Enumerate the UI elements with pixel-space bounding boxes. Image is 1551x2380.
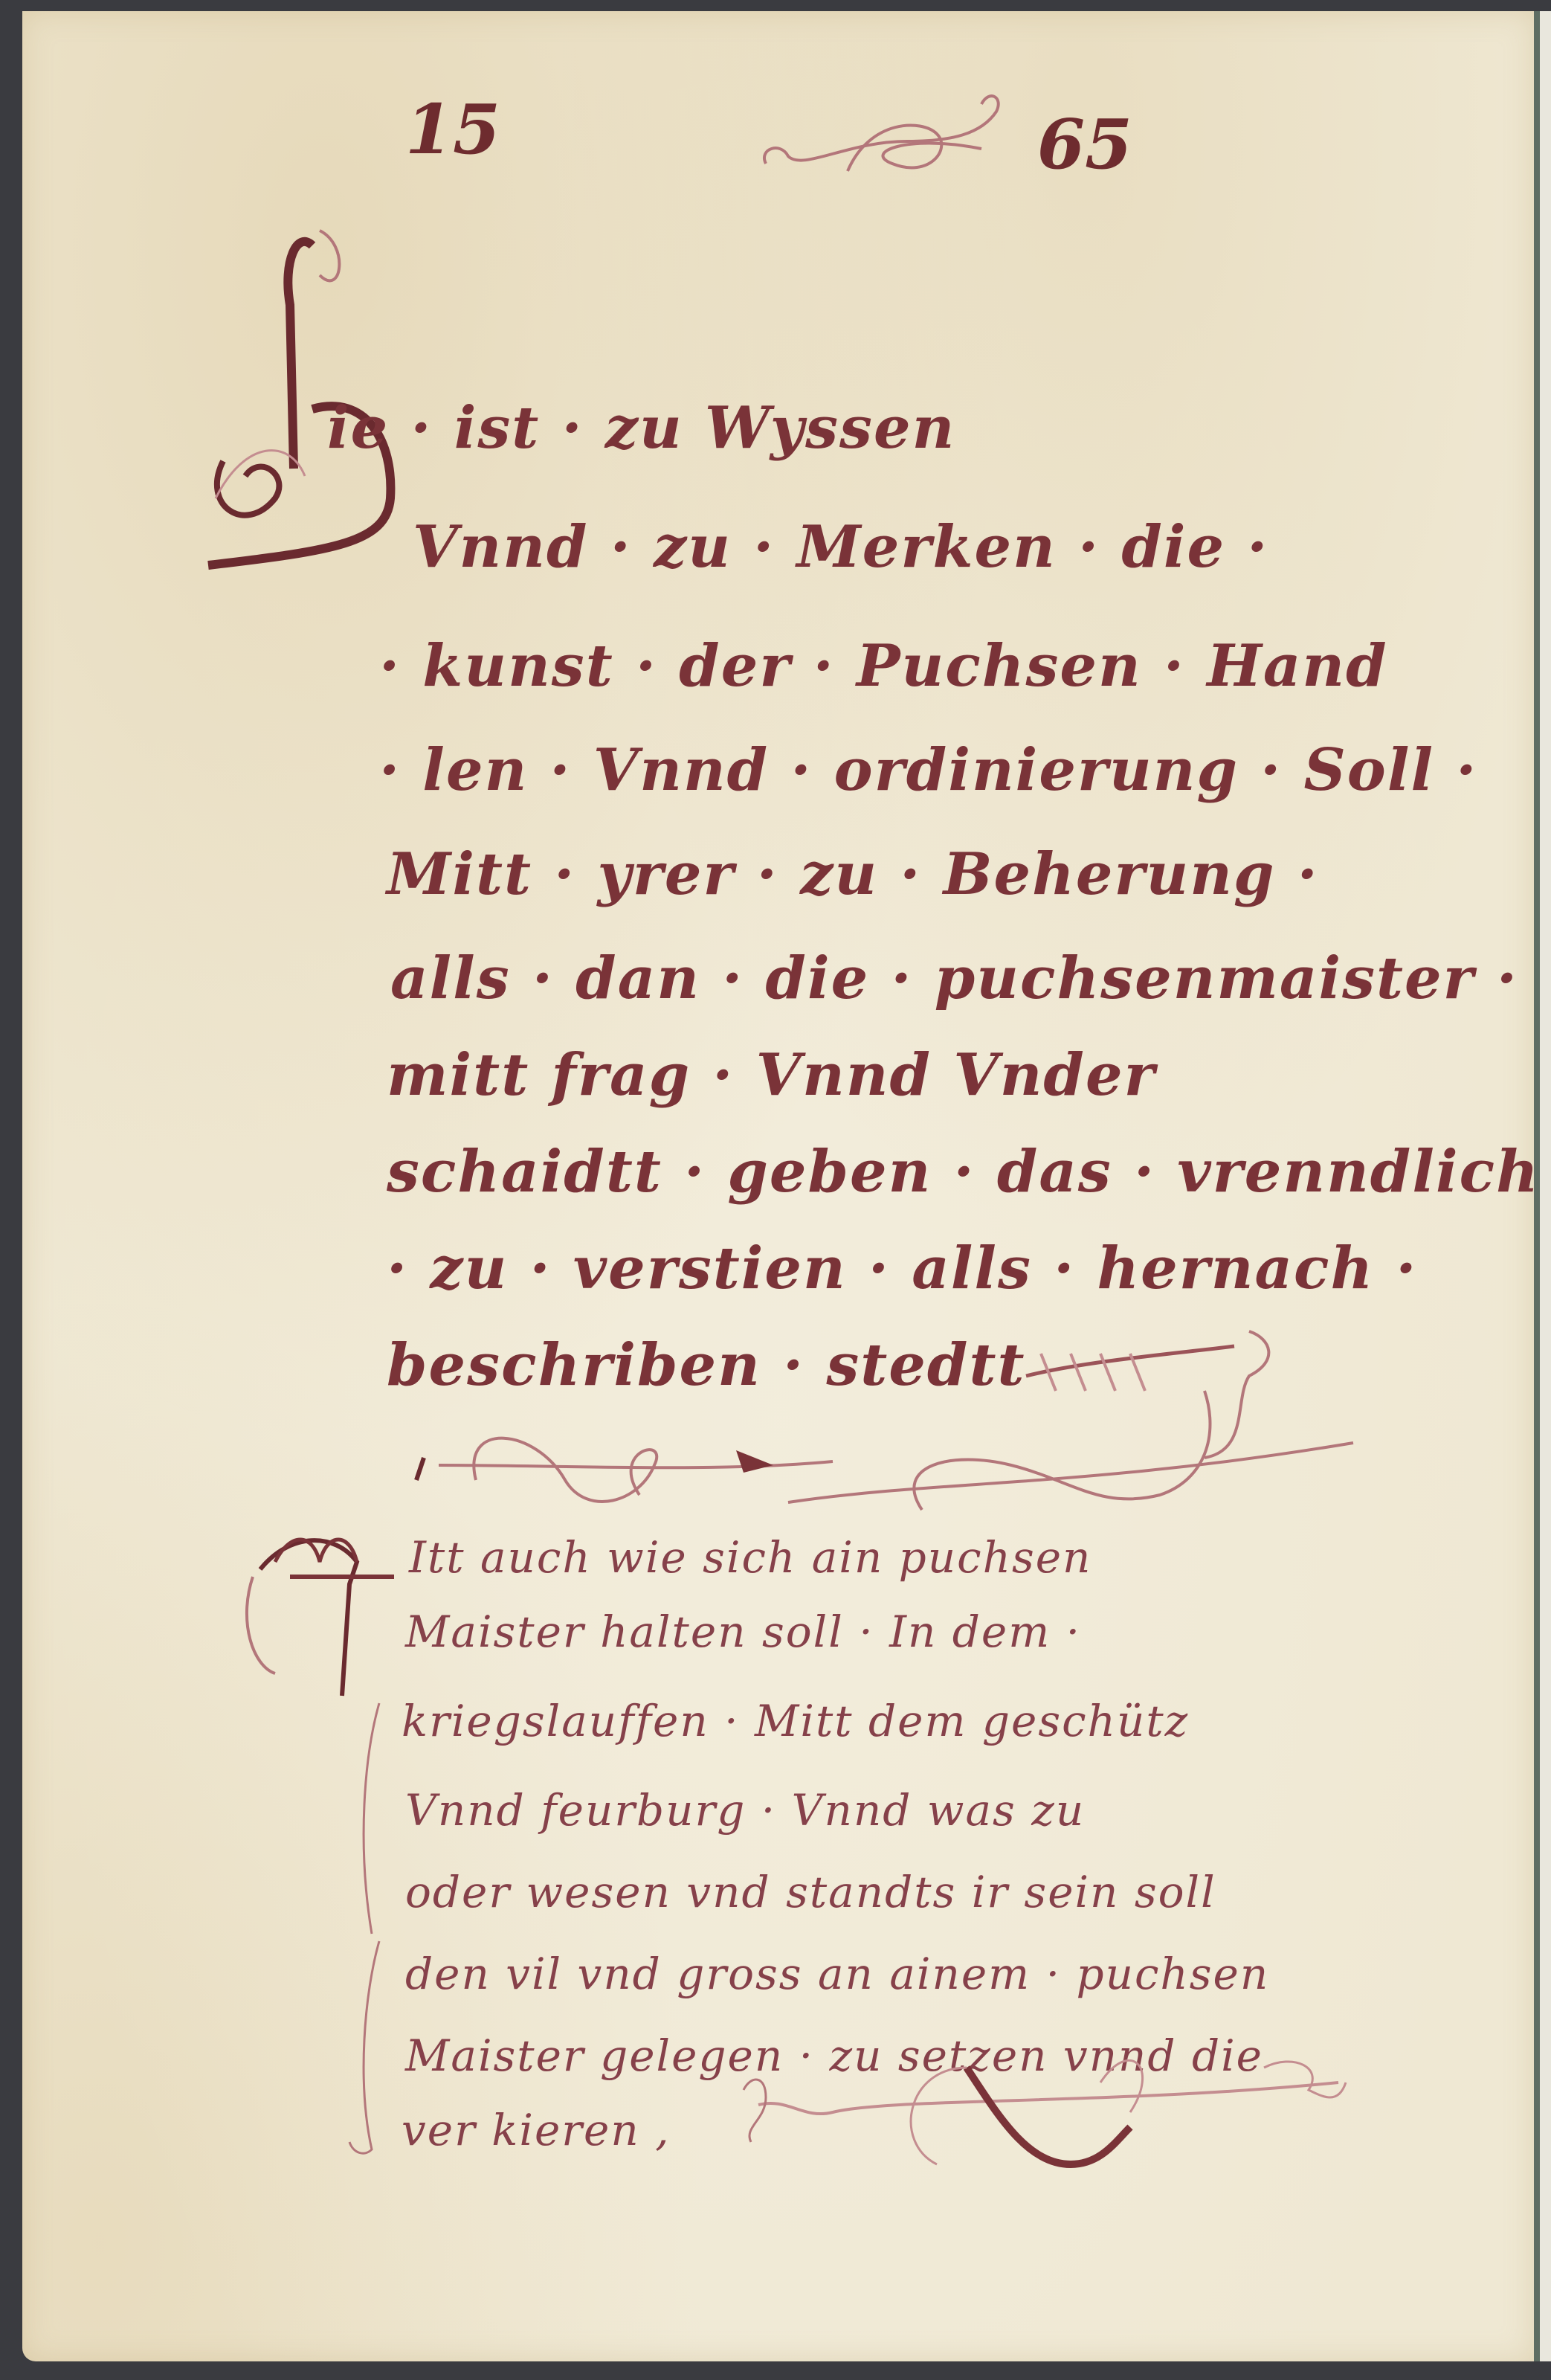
paragraph1-line-1: ie · ist · zu Wyssen xyxy=(327,394,955,462)
paragraph2-line-3: kriegslauffen · Mitt dem geschütz xyxy=(402,1696,1189,1746)
paragraph1-line-4: · len · Vnnd · ordinierung · Soll · xyxy=(379,736,1477,804)
paragraph2-line-2: Maister halten soll · In dem · xyxy=(405,1606,1081,1657)
header-year-left: 15 xyxy=(405,89,500,170)
header-year-right: 65 xyxy=(1037,104,1132,184)
closing-flourish xyxy=(744,2053,1353,2201)
paragraph1-line-6: alls · dan · die · puchsenmaister · xyxy=(390,945,1518,1012)
paragraph1-line-7: mitt frag · Vnnd Vnder xyxy=(387,1041,1156,1109)
paragraph1-line-3: · kunst · der · Puchsen · Hand xyxy=(379,632,1388,700)
paragraph1-line-9: · zu · verstien · alls · hernach · xyxy=(387,1235,1418,1302)
paragraph1-line-5: Mitt · yrer · zu · Beherung · xyxy=(387,840,1319,908)
paragraph2-line-6: den vil vnd gross an ainem · puchsen xyxy=(405,1949,1269,1999)
paragraph2-line-5: oder wesen vnd standts ir sein soll xyxy=(405,1867,1216,1917)
paragraph2-line-1: Itt auch wie sich ain puchsen xyxy=(409,1532,1091,1583)
paragraph2-bracket xyxy=(349,1696,394,2157)
paragraph1-line-8: schaidtt · geben · das · vrenndlich · xyxy=(387,1138,1551,1206)
paragraph1-line-2: Vnnd · zu · Merken · die · xyxy=(413,513,1268,581)
paragraph2-initial-flourish xyxy=(245,1517,394,1711)
paragraph2-line-4: Vnnd feurburg · Vnnd was zu xyxy=(405,1785,1085,1836)
paragraph2-line-8: ver kieren , xyxy=(402,2105,671,2155)
header-flourish xyxy=(758,89,1026,193)
paragraph1-line-10: beschriben · stedtt xyxy=(387,1331,1026,1399)
separator-flourish xyxy=(416,1435,1368,1525)
